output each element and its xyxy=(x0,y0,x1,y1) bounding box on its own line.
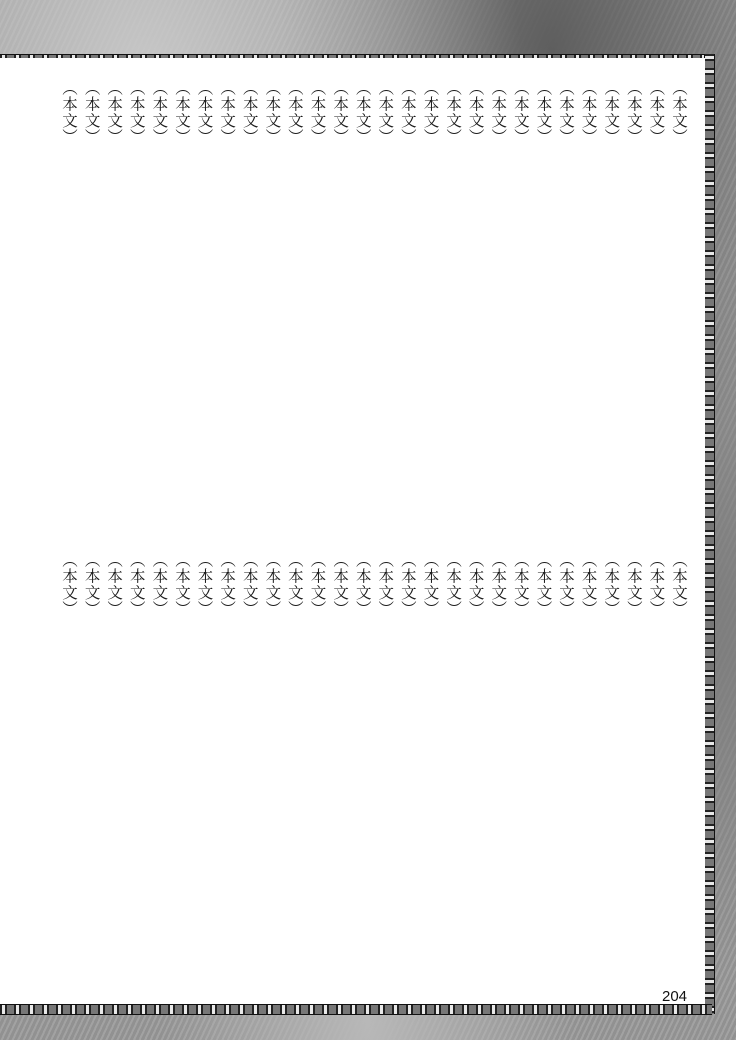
text-column: （本文） xyxy=(600,552,623,1002)
text-column: （本文） xyxy=(577,552,600,1002)
text-column: （本文） xyxy=(103,552,126,1002)
text-column: （本文） xyxy=(170,552,193,1002)
text-column: （本文） xyxy=(57,552,80,1002)
text-column: （本文） xyxy=(329,552,352,1002)
text-column: （本文） xyxy=(80,80,103,532)
text-column: （本文） xyxy=(396,80,419,532)
page-number: 204 xyxy=(662,988,687,1005)
text-column: （本文） xyxy=(441,552,464,1002)
text-column: （本文） xyxy=(464,80,487,532)
text-column: （本文） xyxy=(667,552,690,1002)
text-column: （本文） xyxy=(351,80,374,532)
text-column: （本文） xyxy=(419,80,442,532)
text-column: （本文） xyxy=(351,552,374,1002)
text-column: （本文） xyxy=(283,552,306,1002)
chain-border-bottom xyxy=(0,1004,712,1015)
text-column: （本文） xyxy=(261,552,284,1002)
text-column: （本文） xyxy=(125,80,148,532)
text-column: （本文） xyxy=(554,552,577,1002)
text-column: （本文） xyxy=(509,552,532,1002)
text-column: （本文） xyxy=(216,552,239,1002)
text-column: （本文） xyxy=(193,80,216,532)
text-column: （本文） xyxy=(103,80,126,532)
text-column: （本文） xyxy=(441,80,464,532)
text-column: （本文） xyxy=(532,80,555,532)
text-column: （本文） xyxy=(622,80,645,532)
text-column: （本文） xyxy=(238,80,261,532)
text-column: （本文） xyxy=(554,80,577,532)
text-column: （本文） xyxy=(374,552,397,1002)
text-column: （本文） xyxy=(487,552,510,1002)
text-column: （本文） xyxy=(577,80,600,532)
text-column: （本文） xyxy=(419,552,442,1002)
chain-border-right xyxy=(704,54,715,1014)
text-column: （本文） xyxy=(600,80,623,532)
text-column: （本文） xyxy=(306,80,329,532)
text-column: （本文） xyxy=(216,80,239,532)
text-tier-upper: （本文）（本文）（本文）（本文）（本文）（本文）（本文）（本文）（本文）（本文）… xyxy=(55,80,690,532)
text-tier-lower: （本文）（本文）（本文）（本文）（本文）（本文）（本文）（本文）（本文）（本文）… xyxy=(55,552,690,1002)
text-column: （本文） xyxy=(306,552,329,1002)
text-column: （本文） xyxy=(261,80,284,532)
text-column: （本文） xyxy=(487,80,510,532)
text-column: （本文） xyxy=(193,552,216,1002)
text-column: （本文） xyxy=(125,552,148,1002)
text-column: （本文） xyxy=(170,80,193,532)
text-column: （本文） xyxy=(645,80,668,532)
text-column: （本文） xyxy=(464,552,487,1002)
text-column: （本文） xyxy=(329,80,352,532)
text-column: （本文） xyxy=(645,552,668,1002)
text-column: （本文） xyxy=(532,552,555,1002)
text-column: （本文） xyxy=(667,80,690,532)
text-column: （本文） xyxy=(396,552,419,1002)
text-column: （本文） xyxy=(238,552,261,1002)
text-column: （本文） xyxy=(80,552,103,1002)
text-column: （本文） xyxy=(283,80,306,532)
text-column: （本文） xyxy=(374,80,397,532)
text-column: （本文） xyxy=(148,552,171,1002)
text-column: （本文） xyxy=(57,80,80,532)
text-column: （本文） xyxy=(509,80,532,532)
text-column: （本文） xyxy=(622,552,645,1002)
text-column: （本文） xyxy=(148,80,171,532)
